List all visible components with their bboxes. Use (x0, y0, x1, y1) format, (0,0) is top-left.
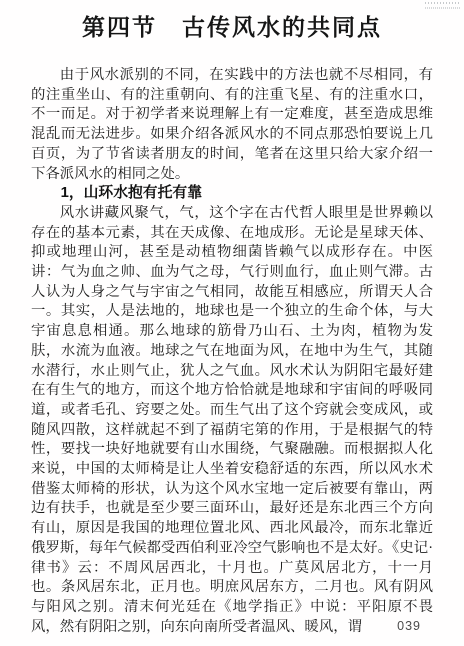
book-page: 第四节 古传风水的共同点 由于风水派别的不同，在实践中的方法也就不尽相同，有的注… (0, 0, 464, 646)
page-number: 039 (397, 619, 421, 633)
section-heading: 1，山环水抱有托有靠 (31, 184, 433, 204)
corner-watermark (425, 2, 461, 10)
paragraph-intro: 由于风水派别的不同，在实践中的方法也就不尽相同，有的注重坐山、有的注重朝向、有的… (31, 66, 433, 184)
page-content: 由于风水派别的不同，在实践中的方法也就不尽相同，有的注重坐山、有的注重朝向、有的… (31, 66, 433, 637)
page-title: 第四节 古传风水的共同点 (0, 12, 464, 44)
paragraph-body: 风水讲藏风聚气，气，这个字在古代哲人眼里是世界赖以存在的基本元素，其在天成像、在… (31, 204, 433, 637)
